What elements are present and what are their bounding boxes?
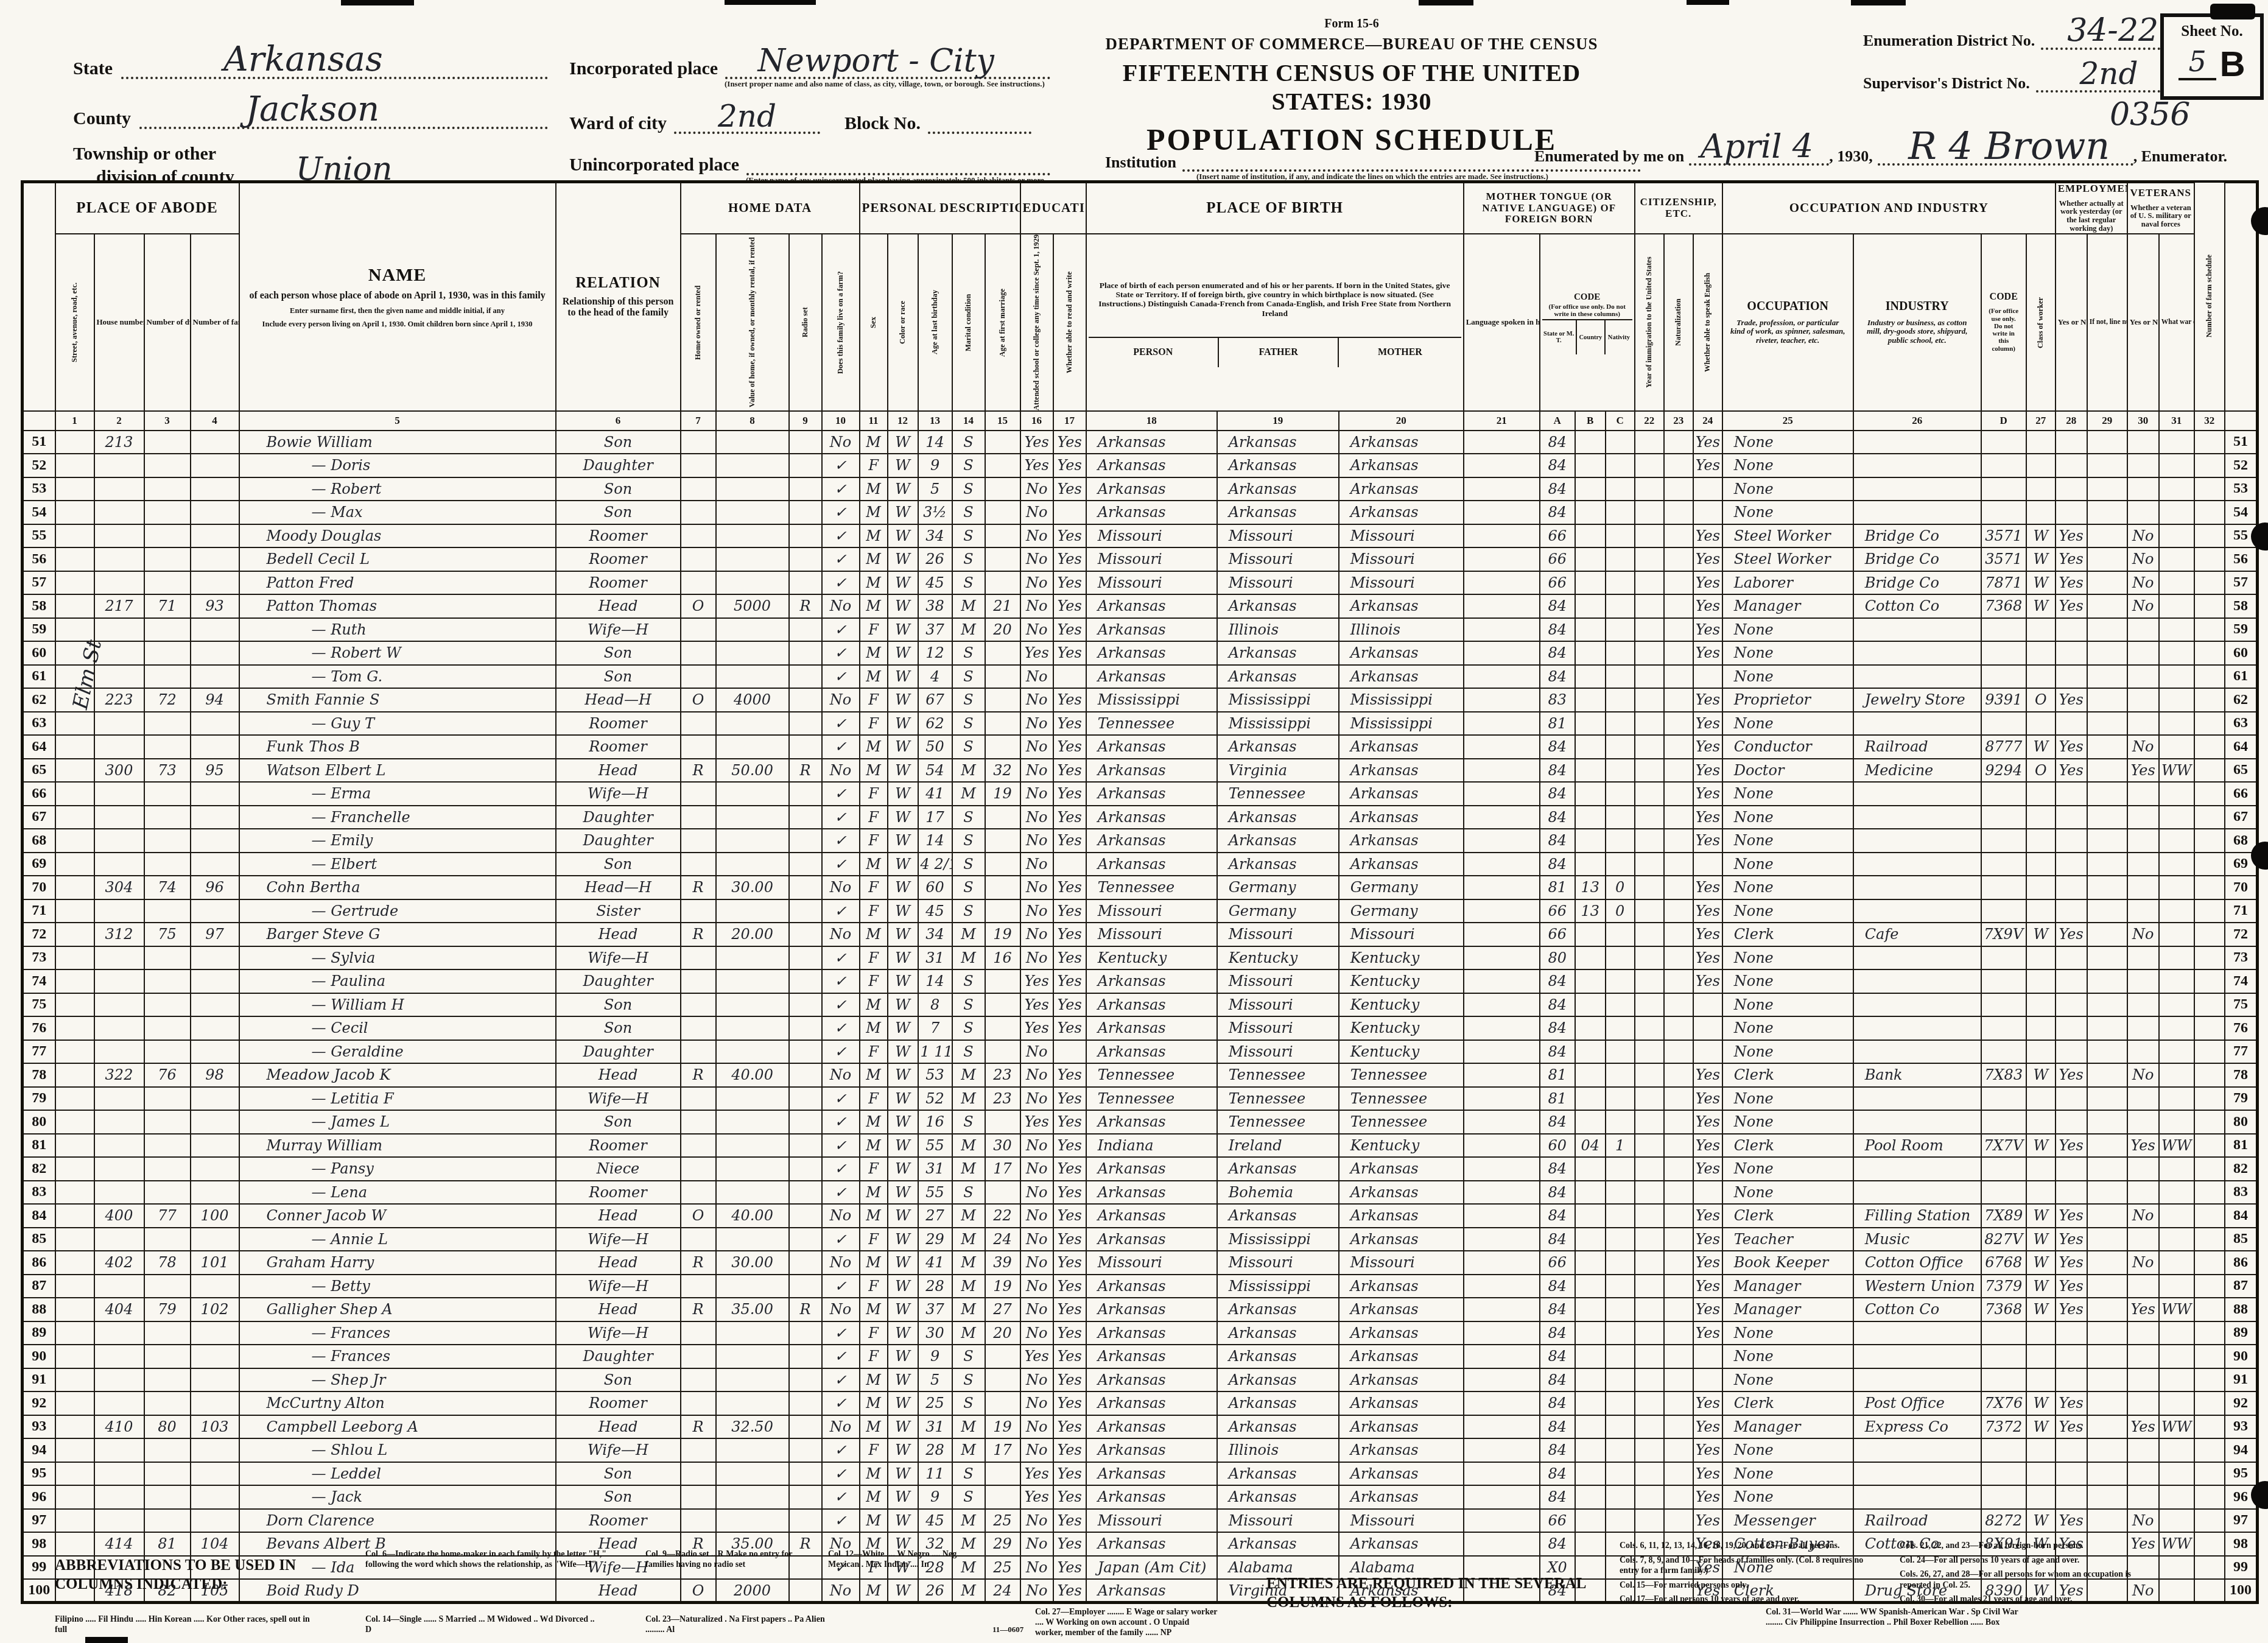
cell-house-number — [94, 946, 144, 970]
schedule-row-79: 79— Letitia FWife—H✓FW52M23NoYesTennesse… — [23, 1087, 2258, 1111]
cell-marital-condition: S — [952, 641, 985, 665]
group-relation: RELATION Relationship of this person to … — [556, 182, 681, 411]
cell-home-owned-rented — [681, 899, 716, 923]
cell-industry: Bridge Co — [1853, 547, 1981, 571]
cell-unemployment-line — [2087, 524, 2127, 548]
cell-mother-tongue — [1464, 853, 1540, 876]
cell-farm: ✓ — [822, 1485, 860, 1509]
cell-mother-tongue — [1464, 1157, 1540, 1181]
cell-street — [55, 1204, 94, 1228]
cell-mother-tongue — [1464, 923, 1540, 946]
cell-code-b — [1575, 1462, 1606, 1486]
cell-attended-school: Yes — [1020, 969, 1053, 993]
column-birthplace-mother: MOTHER — [1338, 338, 1461, 367]
cell-sex: M — [860, 547, 888, 571]
cell-home-owned-rented — [681, 1509, 716, 1533]
cell-line-number: 87 — [23, 1275, 55, 1298]
cell-industry — [1853, 969, 1981, 993]
cell-code-d — [1981, 1110, 2026, 1134]
cell-code-a: 66 — [1540, 547, 1575, 571]
cell-immigration-year — [1635, 1321, 1664, 1345]
cell-mother-tongue — [1464, 1438, 1540, 1462]
cell-class-of-worker — [2026, 1462, 2056, 1486]
cell-veteran — [2127, 1016, 2159, 1040]
cell-age: 31 — [918, 1157, 952, 1181]
cell-name: — Leddel — [239, 1462, 556, 1486]
cell-radio-set — [789, 1368, 822, 1392]
cell-birthplace-person: Missouri — [1086, 1251, 1217, 1275]
cell-radio-set — [789, 876, 822, 899]
cell-age-first-marriage: 17 — [985, 1157, 1020, 1181]
cell-war — [2159, 782, 2194, 806]
cell-relation: Daughter — [556, 454, 681, 477]
cell-industry — [1853, 1087, 1981, 1111]
cell-occupation: None — [1722, 876, 1853, 899]
cell-code-b — [1575, 1532, 1606, 1556]
cell-birthplace-person: Mississippi — [1086, 688, 1217, 712]
cell-code-d — [1981, 712, 2026, 736]
cell-sex: M — [860, 1485, 888, 1509]
cell-marital-condition: S — [952, 501, 985, 524]
cell-birthplace-person: Arkansas — [1086, 454, 1217, 477]
cell-immigration-year — [1635, 1298, 1664, 1321]
cell-dwelling-number: 75 — [144, 923, 191, 946]
cell-age-first-marriage: 19 — [985, 782, 1020, 806]
cell-class-of-worker — [2026, 641, 2056, 665]
institution-label: Institution — [1105, 153, 1176, 172]
cell-code-d — [1981, 454, 2026, 477]
cell-code-a: 81 — [1540, 1087, 1575, 1111]
cell-read-write: Yes — [1053, 1157, 1086, 1181]
cell-line-number-right: 78 — [2225, 1063, 2258, 1087]
column-house-number: House number (in cities or towns) — [94, 234, 144, 411]
schedule-row-68: 68— EmilyDaughter✓FW14SNoYesArkansasArka… — [23, 829, 2258, 853]
employment-title: EMPLOYMENT — [2058, 183, 2125, 195]
county-label: County — [73, 108, 131, 129]
cell-house-number: 404 — [94, 1298, 144, 1321]
cell-farm-schedule — [2194, 829, 2225, 853]
cell-birthplace-father: Missouri — [1217, 1251, 1339, 1275]
cell-code-d — [1981, 782, 2026, 806]
cell-age: 38 — [918, 594, 952, 618]
cell-immigration-year — [1635, 1438, 1664, 1462]
cell-code-c: 0 — [1606, 899, 1635, 923]
cell-birthplace-father: Missouri — [1217, 524, 1339, 548]
cell-house-number — [94, 1110, 144, 1134]
name-note-2: Include every person living on April 1, … — [242, 320, 553, 329]
cell-worked-yesterday — [2056, 1157, 2087, 1181]
cell-sex: M — [860, 1368, 888, 1392]
ward-value-handwritten: 2nd — [718, 99, 776, 134]
cell-code-d — [1981, 1321, 2026, 1345]
cell-code-b — [1575, 853, 1606, 876]
cell-naturalization — [1664, 1509, 1693, 1533]
cell-mother-tongue — [1464, 1321, 1540, 1345]
cell-birthplace-person: Tennessee — [1086, 712, 1217, 736]
cell-line-number-right: 76 — [2225, 1016, 2258, 1040]
cell-home-value — [716, 524, 789, 548]
cell-naturalization — [1664, 876, 1693, 899]
cell-unemployment-line — [2087, 547, 2127, 571]
cell-speaks-english: Yes — [1693, 547, 1722, 571]
cell-veteran: No — [2127, 1063, 2159, 1087]
cell-sex: F — [860, 454, 888, 477]
cell-unemployment-line — [2087, 1391, 2127, 1415]
cell-read-write: Yes — [1053, 477, 1086, 501]
cell-birthplace-father: Missouri — [1217, 1509, 1339, 1533]
cell-birthplace-mother: Tennessee — [1339, 1087, 1464, 1111]
cell-home-owned-rented: O — [681, 688, 716, 712]
cell-home-owned-rented — [681, 1228, 716, 1251]
cell-unemployment-line — [2087, 665, 2127, 689]
code-d-title: CODE — [1984, 292, 2024, 303]
cell-mother-tongue — [1464, 1040, 1540, 1064]
cell-worked-yesterday: Yes — [2056, 1063, 2087, 1087]
cell-home-value — [716, 1368, 789, 1392]
cell-home-owned-rented — [681, 618, 716, 642]
cell-family-number: 103 — [191, 1415, 239, 1439]
cell-worked-yesterday — [2056, 501, 2087, 524]
cell-birthplace-mother: Kentucky — [1339, 993, 1464, 1017]
cell-line-number-right: 73 — [2225, 946, 2258, 970]
cell-birthplace-person: Arkansas — [1086, 735, 1217, 759]
cell-attended-school: Yes — [1020, 641, 1053, 665]
cell-farm-schedule — [2194, 946, 2225, 970]
cell-naturalization — [1664, 1298, 1693, 1321]
cell-class-of-worker — [2026, 1438, 2056, 1462]
cell-immigration-year — [1635, 1134, 1664, 1158]
cell-industry — [1853, 899, 1981, 923]
cell-birthplace-mother: Arkansas — [1339, 594, 1464, 618]
cell-farm-schedule — [2194, 1298, 2225, 1321]
cell-industry: Bank — [1853, 1063, 1981, 1087]
cell-dwelling-number — [144, 641, 191, 665]
cell-code-c — [1606, 1485, 1635, 1509]
cell-industry — [1853, 876, 1981, 899]
cell-line-number: 62 — [23, 688, 55, 712]
cell-worked-yesterday — [2056, 899, 2087, 923]
relation-subtitle: Relationship of this person to the head … — [558, 297, 678, 319]
cell-code-b — [1575, 665, 1606, 689]
cell-birthplace-mother: Arkansas — [1339, 1532, 1464, 1556]
cell-class-of-worker: W — [2026, 571, 2056, 595]
cell-veteran — [2127, 899, 2159, 923]
cell-naturalization — [1664, 1485, 1693, 1509]
schedule-row-81: 81Murray WilliamRoomer✓MW55M30NoYesIndia… — [23, 1134, 2258, 1158]
cell-birthplace-person: Arkansas — [1086, 1181, 1217, 1205]
cell-mother-tongue — [1464, 806, 1540, 829]
schedule-row-83: 83— LenaRoomer✓MW55SNoYesArkansasBohemia… — [23, 1181, 2258, 1205]
cell-street — [55, 1181, 94, 1205]
cell-line-number: 56 — [23, 547, 55, 571]
cell-age: 31 — [918, 1415, 952, 1439]
cell-war — [2159, 1204, 2194, 1228]
cell-farm-schedule — [2194, 735, 2225, 759]
cell-farm: ✓ — [822, 1345, 860, 1368]
cell-immigration-year — [1635, 993, 1664, 1017]
cell-farm: ✓ — [822, 571, 860, 595]
cell-mother-tongue — [1464, 571, 1540, 595]
cell-veteran — [2127, 501, 2159, 524]
cell-code-b — [1575, 571, 1606, 595]
cell-age: 5 — [918, 477, 952, 501]
cell-read-write: Yes — [1053, 1485, 1086, 1509]
cell-line-number-right: 56 — [2225, 547, 2258, 571]
cell-dwelling-number — [144, 829, 191, 853]
cell-house-number: 213 — [94, 431, 144, 454]
cell-code-c — [1606, 829, 1635, 853]
cell-war — [2159, 594, 2194, 618]
schedule-row-74: 74— PaulinaDaughter✓FW14SYesYesArkansasM… — [23, 969, 2258, 993]
cell-speaks-english: Yes — [1693, 712, 1722, 736]
cell-immigration-year — [1635, 899, 1664, 923]
cell-home-value: 35.00 — [716, 1298, 789, 1321]
cell-sex: M — [860, 431, 888, 454]
cell-house-number — [94, 1438, 144, 1462]
cell-radio-set: R — [789, 1298, 822, 1321]
cell-line-number-right: 67 — [2225, 806, 2258, 829]
cell-class-of-worker — [2026, 782, 2056, 806]
cell-naturalization — [1664, 547, 1693, 571]
cell-speaks-english — [1693, 853, 1722, 876]
cell-mother-tongue — [1464, 1485, 1540, 1509]
cell-code-b — [1575, 923, 1606, 946]
cell-immigration-year — [1635, 712, 1664, 736]
cell-attended-school: No — [1020, 735, 1053, 759]
column-number: 25 — [1722, 411, 1853, 431]
cell-street — [55, 899, 94, 923]
schedule-row-97: 97Dorn ClarenceRoomer✓MW45M25NoYesMissou… — [23, 1509, 2258, 1533]
schedule-row-53: 53— RobertSon✓MW5SNoYesArkansasArkansasA… — [23, 477, 2258, 501]
cell-farm: ✓ — [822, 1087, 860, 1111]
relation-title: RELATION — [558, 275, 678, 292]
cell-class-of-worker — [2026, 477, 2056, 501]
cell-dwelling-number — [144, 899, 191, 923]
cell-marital-condition: S — [952, 1181, 985, 1205]
cell-family-number — [191, 641, 239, 665]
cell-worked-yesterday: Yes — [2056, 759, 2087, 783]
column-number: 22 — [1635, 411, 1664, 431]
cell-code-b: 13 — [1575, 899, 1606, 923]
cell-naturalization — [1664, 1321, 1693, 1345]
cell-farm-schedule — [2194, 1134, 2225, 1158]
cell-read-write: Yes — [1053, 829, 1086, 853]
cell-birthplace-mother: Kentucky — [1339, 1040, 1464, 1064]
cell-age: 9 — [918, 1485, 952, 1509]
cell-veteran — [2127, 1345, 2159, 1368]
cell-radio-set — [789, 1509, 822, 1533]
column-code-d: CODE (For office use only. Do not write … — [1981, 234, 2026, 411]
cell-sex: F — [860, 946, 888, 970]
cell-attended-school: No — [1020, 1321, 1053, 1345]
cell-code-c — [1606, 1251, 1635, 1275]
cell-occupation: None — [1722, 806, 1853, 829]
cell-line-number: 63 — [23, 712, 55, 736]
cell-class-of-worker — [2026, 501, 2056, 524]
cell-code-c — [1606, 1391, 1635, 1415]
cell-code-a: 84 — [1540, 1345, 1575, 1368]
cell-read-write: Yes — [1053, 1016, 1086, 1040]
cell-street — [55, 1087, 94, 1111]
cell-home-owned-rented: R — [681, 876, 716, 899]
cell-birthplace-mother: Arkansas — [1339, 1415, 1464, 1439]
column-war-expedition: What war or expedition? — [2159, 234, 2194, 411]
cell-sex: M — [860, 1016, 888, 1040]
cell-dwelling-number — [144, 1275, 191, 1298]
cell-code-a: 81 — [1540, 1063, 1575, 1087]
cell-code-a: 84 — [1540, 431, 1575, 454]
cell-color-race: W — [888, 641, 918, 665]
cell-age-first-marriage: 32 — [985, 759, 1020, 783]
cell-home-value — [716, 1509, 789, 1533]
column-number: D — [1981, 411, 2026, 431]
cell-farm-schedule — [2194, 806, 2225, 829]
cell-farm-schedule — [2194, 899, 2225, 923]
cell-read-write: Yes — [1053, 1438, 1086, 1462]
cell-immigration-year — [1635, 1228, 1664, 1251]
cell-home-owned-rented — [681, 454, 716, 477]
cell-sex: M — [860, 1204, 888, 1228]
cell-dwelling-number: 81 — [144, 1532, 191, 1556]
cell-home-value — [716, 1157, 789, 1181]
cell-name: Funk Thos B — [239, 735, 556, 759]
cell-sex: F — [860, 876, 888, 899]
cell-unemployment-line — [2087, 501, 2127, 524]
cell-class-of-worker: W — [2026, 1204, 2056, 1228]
cell-home-owned-rented — [681, 571, 716, 595]
cell-color-race: W — [888, 1087, 918, 1111]
cell-house-number — [94, 1391, 144, 1415]
cell-dwelling-number — [144, 1040, 191, 1064]
cell-marital-condition: S — [952, 899, 985, 923]
cell-class-of-worker: W — [2026, 735, 2056, 759]
cell-immigration-year — [1635, 1251, 1664, 1275]
cell-color-race: W — [888, 782, 918, 806]
cell-age: 12 — [918, 641, 952, 665]
cell-birthplace-father: Missouri — [1217, 1040, 1339, 1064]
group-mother-tongue: MOTHER TONGUE (OR NATIVE LANGUAGE) OF FO… — [1464, 182, 1635, 234]
cell-birthplace-mother: Mississippi — [1339, 688, 1464, 712]
column-number — [23, 411, 55, 431]
cell-speaks-english: Yes — [1693, 454, 1722, 477]
schedule-row-95: 95— LeddelSon✓MW11SYesYesArkansasArkansa… — [23, 1462, 2258, 1486]
column-number: 17 — [1053, 411, 1086, 431]
cell-relation: Wife—H — [556, 1087, 681, 1111]
cell-home-owned-rented — [681, 1016, 716, 1040]
cell-home-value — [716, 712, 789, 736]
cell-war: WW — [2159, 759, 2194, 783]
state-field: State Arkansas — [73, 55, 548, 79]
cell-code-c — [1606, 454, 1635, 477]
cell-sex: M — [860, 1579, 888, 1603]
print-code: 11—0607 — [992, 1625, 1023, 1634]
cell-class-of-worker: W — [2026, 1509, 2056, 1533]
cell-code-b — [1575, 1157, 1606, 1181]
cell-attended-school: No — [1020, 1087, 1053, 1111]
cell-industry: Cotton Office — [1853, 1251, 1981, 1275]
cell-marital-condition: M — [952, 1134, 985, 1158]
cell-sex: F — [860, 806, 888, 829]
cell-color-race: W — [888, 1063, 918, 1087]
cell-sex: M — [860, 1391, 888, 1415]
cell-line-number-right: 82 — [2225, 1157, 2258, 1181]
cell-line-number-right: 79 — [2225, 1087, 2258, 1111]
cell-radio-set — [789, 547, 822, 571]
cell-war — [2159, 1462, 2194, 1486]
col27-note: Col. 27—Employer ........ E Wage or sala… — [1035, 1608, 1218, 1638]
cell-birthplace-father: Tennessee — [1217, 1063, 1339, 1087]
cell-dwelling-number: 72 — [144, 688, 191, 712]
cell-name: — Paulina — [239, 969, 556, 993]
cell-veteran — [2127, 1228, 2159, 1251]
enumerated-label: Enumerated by me on — [1534, 147, 1684, 166]
cell-age: 29 — [918, 1228, 952, 1251]
cell-birthplace-mother: Arkansas — [1339, 1298, 1464, 1321]
cell-dwelling-number — [144, 1438, 191, 1462]
cell-read-write: Yes — [1053, 524, 1086, 548]
cell-color-race: W — [888, 1204, 918, 1228]
cell-house-number — [94, 782, 144, 806]
cell-farm-schedule — [2194, 454, 2225, 477]
cell-birthplace-mother: Arkansas — [1339, 1157, 1464, 1181]
cell-code-b — [1575, 618, 1606, 642]
cell-age-first-marriage: 27 — [985, 1298, 1020, 1321]
cell-farm: ✓ — [822, 1040, 860, 1064]
cell-relation: Wife—H — [556, 782, 681, 806]
cell-code-b — [1575, 1485, 1606, 1509]
cell-code-a: 84 — [1540, 1438, 1575, 1462]
ward-fill-line: 2nd — [674, 111, 820, 134]
column-unemployment-line: If not, line number on Unemployment Sche… — [2087, 234, 2127, 411]
cell-occupation: None — [1722, 829, 1853, 853]
cell-farm: ✓ — [822, 782, 860, 806]
cell-speaks-english: Yes — [1693, 969, 1722, 993]
cell-war — [2159, 1228, 2194, 1251]
cell-name: — Doris — [239, 454, 556, 477]
schedule-row-73: 73— SylviaWife—H✓FW31M16NoYesKentuckyKen… — [23, 946, 2258, 970]
cell-farm-schedule — [2194, 876, 2225, 899]
cell-code-c — [1606, 1204, 1635, 1228]
cell-code-c — [1606, 688, 1635, 712]
group-place-of-birth: PLACE OF BIRTH — [1086, 182, 1464, 234]
column-farm: Does this family live on a farm? — [822, 234, 860, 411]
cell-birthplace-mother: Illinois — [1339, 618, 1464, 642]
cell-age-first-marriage: 19 — [985, 923, 1020, 946]
cell-speaks-english — [1693, 1016, 1722, 1040]
ward-block-field: Ward of city 2nd Block No. — [569, 111, 1050, 134]
cell-home-value: 20.00 — [716, 923, 789, 946]
cell-name: Conner Jacob W — [239, 1204, 556, 1228]
cell-immigration-year — [1635, 1509, 1664, 1533]
cell-line-number-right: 100 — [2225, 1579, 2258, 1603]
cell-birthplace-person: Tennessee — [1086, 1063, 1217, 1087]
cell-read-write: Yes — [1053, 594, 1086, 618]
cell-code-a: 84 — [1540, 806, 1575, 829]
cell-unemployment-line — [2087, 1110, 2127, 1134]
cell-home-owned-rented — [681, 946, 716, 970]
cell-occupation: None — [1722, 1368, 1853, 1392]
cell-occupation: None — [1722, 899, 1853, 923]
cell-color-race: W — [888, 1509, 918, 1533]
cell-naturalization — [1664, 1181, 1693, 1205]
cell-farm: ✓ — [822, 946, 860, 970]
cell-age: 54 — [918, 759, 952, 783]
cell-age-first-marriage — [985, 829, 1020, 853]
form-number: Form 15-6 — [1090, 17, 1613, 31]
cell-unemployment-line — [2087, 993, 2127, 1017]
cell-birthplace-father: Missouri — [1217, 1016, 1339, 1040]
cell-code-b — [1575, 547, 1606, 571]
